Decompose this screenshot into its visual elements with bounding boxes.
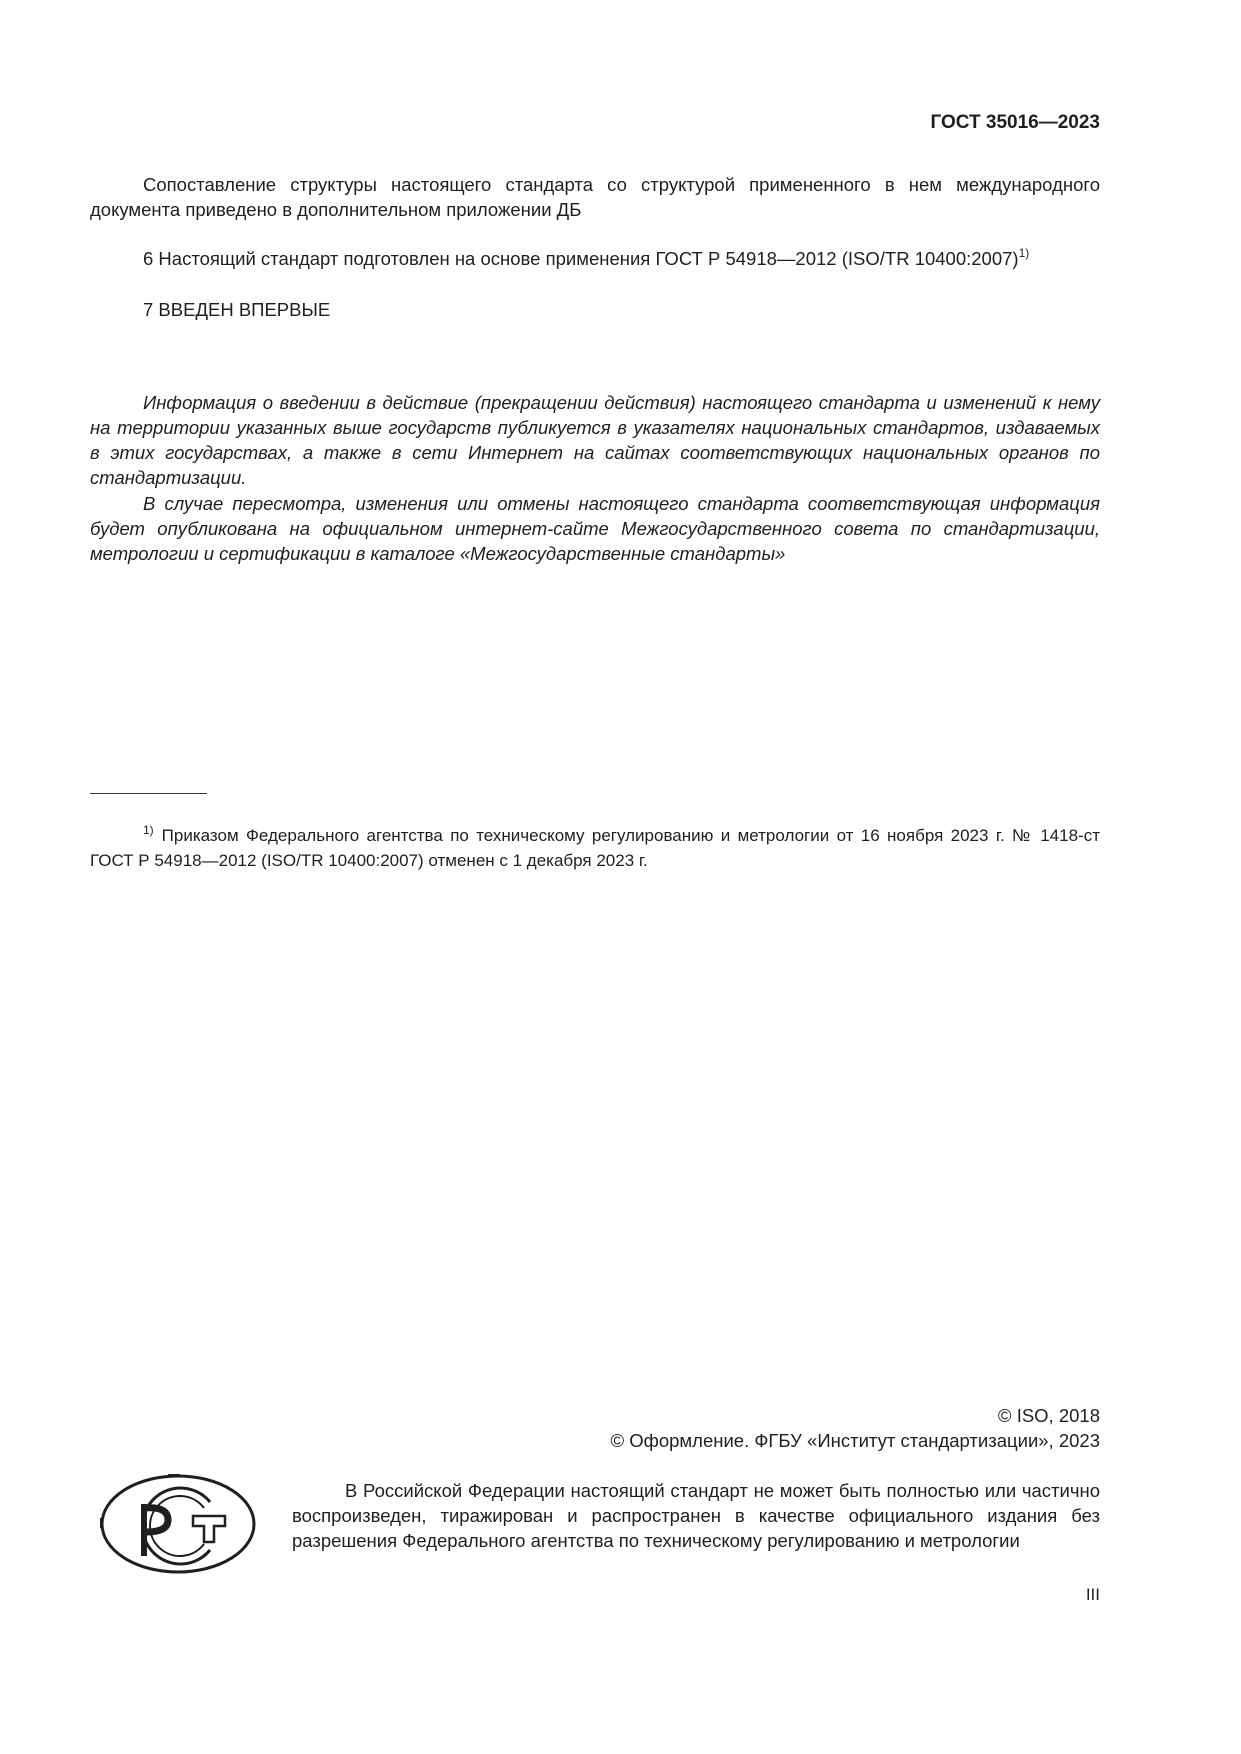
rst-certification-mark-icon [98, 1472, 258, 1576]
footnote: 1)Приказом Федерального агентства по тех… [90, 818, 1100, 873]
copyright-iso: © ISO, 2018 [998, 1403, 1100, 1428]
document-header-standard-id: ГОСТ 35016—2023 [930, 112, 1100, 134]
info-paragraph-1: Информация о введении в действие (прекра… [90, 390, 1100, 490]
item-7: 7 ВВЕДЕН ВПЕРВЫЕ [90, 297, 1100, 322]
footnote-reference[interactable]: 1) [1019, 246, 1030, 260]
footnote-marker: 1) [143, 823, 154, 837]
reproduction-rights-notice: В Российской Федерации настоящий стандар… [292, 1478, 1100, 1553]
footnote-separator [90, 793, 207, 794]
item-6: 6 Настоящий стандарт подготовлен на осно… [90, 246, 1100, 271]
copyright-design: © Оформление. ФГБУ «Институт стандартиза… [610, 1428, 1100, 1453]
footnote-text: Приказом Федерального агентства по техни… [90, 826, 1100, 870]
item-6-text: 6 Настоящий стандарт подготовлен на осно… [143, 248, 1019, 269]
structure-comparison-note: Сопоставление структуры настоящего станд… [90, 172, 1100, 222]
page-number: III [1086, 1585, 1100, 1605]
info-paragraph-2: В случае пересмотра, изменения или отмен… [90, 491, 1100, 566]
